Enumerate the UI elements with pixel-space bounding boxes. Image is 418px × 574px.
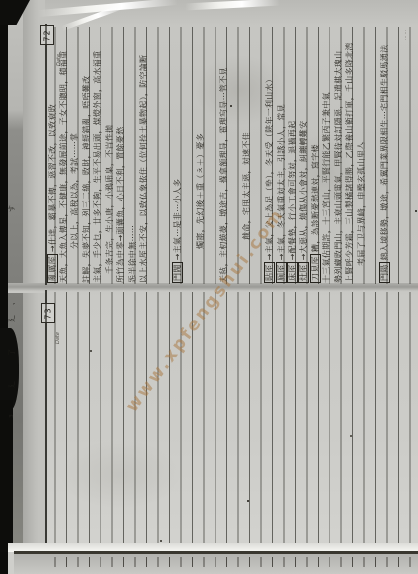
boxed-keyword: 門陽 (379, 262, 390, 283)
handwriting-line: 燭寚，先幻後＋重（ㅊ＋）憂多 (196, 0, 206, 249)
boxed-keyword: 灶厔 (298, 262, 309, 283)
margin-line-written-page (45, 24, 47, 285)
corner-print-mark: ⋯⋯ (404, 29, 409, 40)
handwriting-line: 考届了卫与界﨑，申壂玄孤山里亼 (357, 10, 367, 266)
paper-stain (290, 130, 360, 220)
handwriting-line: 所竹為中零→頭囊魚，心日不利，置餘憂愁 (116, 27, 126, 283)
handwriting-line: 㤅半徐中無⋯⋯ (128, 27, 138, 283)
edge-scribble: す (7, 205, 17, 212)
handwriting-line: 以上水厔主不安，以致仏象依住（位何拴土暴物起），防空論断 (139, 27, 149, 283)
boxed-keyword: 床厔 (287, 262, 298, 283)
boxed-keyword: 門閥 (172, 262, 183, 283)
paper-stain (195, 55, 285, 125)
paper-stain (60, 440, 180, 510)
handwriting-line: 千条吉完，生小唐，小鴉乕臬，不㞱性拋 (105, 18, 115, 274)
boxed-keyword: 刀見厔 (310, 254, 321, 283)
scan-background-blob (0, 328, 19, 410)
boxed-keyword: 厠厔 (276, 262, 287, 283)
date-label: Date (55, 332, 61, 344)
underlying-page-rule-ticks (44, 557, 418, 567)
edge-scribble: 廴 (7, 381, 17, 388)
paper-specks (230, 105, 232, 107)
margin-line-blank-page (45, 290, 47, 544)
page-number-box: 73 (41, 303, 55, 323)
handwriting-line: 分以上，高稅以為，考試⋯⋯掌 (70, 0, 80, 249)
scan-background-band (0, 400, 13, 552)
handwriting-line: 天魚，大魚入傳星，不健康，無發展前途，子女不聰明，積福重 (59, 27, 69, 283)
handwriting-line: 主氣，手少乜，廿多不夠，生平不易出頭，煤燈外窗，高水福重 (93, 27, 103, 283)
handwriting-line: 厠厔→主氣，冬天氣重対太主，引誘小人，常見 (277, 27, 287, 283)
edge-scribble: з (7, 414, 15, 418)
edge-scribble: 、 (7, 298, 17, 305)
boxed-keyword: 亂厲厔 (47, 254, 58, 283)
scanned-notebook-photo: 72 Date ⋯⋯ 73 Date 亂厲厔→仕逹，霸暴不傳，惡習不改，以致衰敗… (0, 0, 418, 574)
edge-scribble: 了 (7, 349, 17, 356)
handwriting-line: 門陽熱入境移勢，墩途，希翼門業界限相生⋯宅門相生駁馬湧法 (380, 27, 390, 283)
boxed-keyword: 貼厔 (264, 262, 275, 283)
handwriting-line: 註解，失夢不知，列三二綿，敗財，神經錯亂，唔唔難改 (82, 27, 92, 283)
edge-scribble: 廴 (7, 315, 17, 322)
page-edge-gradient (23, 0, 45, 548)
handwriting-line: 門閥→主氣⋯是非⋯小人多 (173, 27, 183, 283)
handwriting-line: 亂厲厔→仕逹，霸暴不傳，惡習不改，以致衰敗 (48, 27, 58, 283)
page-number: 73 (44, 307, 53, 319)
